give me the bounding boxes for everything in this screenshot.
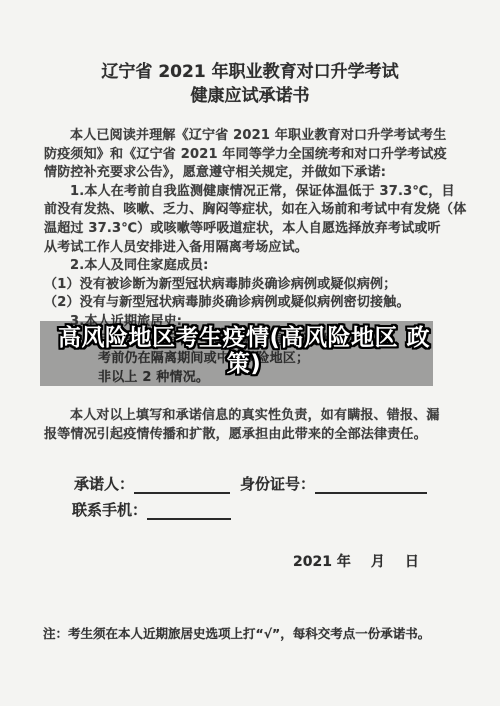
promiser-blank-line (134, 476, 230, 494)
scanned-document-page: 辽宁省 2021 年职业教育对口升学考试 健康应试承诺书 本人已阅读并理解《辽宁… (0, 0, 500, 706)
date-line: 2021 年 月 日 (293, 551, 419, 571)
footnote: 注：考生须在本人近期旅居史选项上打“√”，每科交考点一份承诺书。 (43, 624, 483, 642)
phone-blank-line (147, 502, 231, 520)
body-line: 本人对以上填写和承诺信息的真实性负责，如有瞒报、错报、漏 (44, 407, 450, 426)
closing-paragraph: 本人对以上填写和承诺信息的真实性负责，如有瞒报、错报、漏 报等情况引起疫情传播和… (44, 407, 450, 444)
body-line: （1）没有被诊断为新型冠状病毒肺炎确诊病例或疑似病例； (44, 276, 450, 295)
phone-label: 联系手机： (72, 499, 147, 520)
id-number-label: 身份证号： (240, 473, 315, 494)
caption-line-2: 策) (0, 352, 488, 378)
body-line: 温超过 37.3℃）或咳嗽等呼吸道症状，本人自愿选择放弃考试或听 (44, 220, 450, 239)
promiser-label: 承诺人： (74, 473, 134, 494)
body-line: 报等情况引起疫情传播和扩散，愿承担由此带来的全部法律责任。 (44, 426, 450, 445)
body-line: 前没有发热、咳嗽、乏力、胸闷等症状，如在入场前和考试中有发烧（体 (44, 201, 450, 220)
caption-line-1: 高风险地区考生疫情(高风险地区 政 (0, 326, 488, 352)
date-day: 日 (405, 551, 419, 571)
phone-row: 联系手机： (44, 499, 492, 520)
body-line: 防疫须知》和《辽宁省 2021 年同等学力全国统考和对口升学考试疫 (44, 146, 450, 165)
document-title-line-1: 辽宁省 2021 年职业教育对口升学考试 (0, 61, 500, 85)
document-title-line-2: 健康应试承诺书 (0, 85, 500, 109)
id-number-blank-line (315, 476, 427, 494)
body-line: 本人已阅读并理解《辽宁省 2021 年职业教育对口升学考试考生 (44, 127, 450, 146)
body-line: 1.本人在考前自我监测健康情况正常，保证体温低于 37.3℃，目 (44, 183, 450, 202)
signature-row: 承诺人： 身份证号： (44, 473, 494, 494)
caption-overlay: 高风险地区考生疫情(高风险地区 政 策) (0, 326, 488, 377)
body-line: （2）没有与新型冠状病毒肺炎确诊病例或疑似病例密切接触。 (44, 294, 450, 313)
body-line: 2.本人及同住家庭成员: (44, 257, 450, 276)
body-line: 从考试工作人员安排进入备用隔离考场应试。 (44, 239, 450, 258)
date-year: 2021 年 (293, 551, 351, 571)
body-line: 情防控补充要求公告》，愿意遵守相关规定，并做如下承诺: (44, 164, 450, 183)
date-month: 月 (371, 551, 385, 571)
document-title: 辽宁省 2021 年职业教育对口升学考试 健康应试承诺书 (0, 61, 500, 108)
